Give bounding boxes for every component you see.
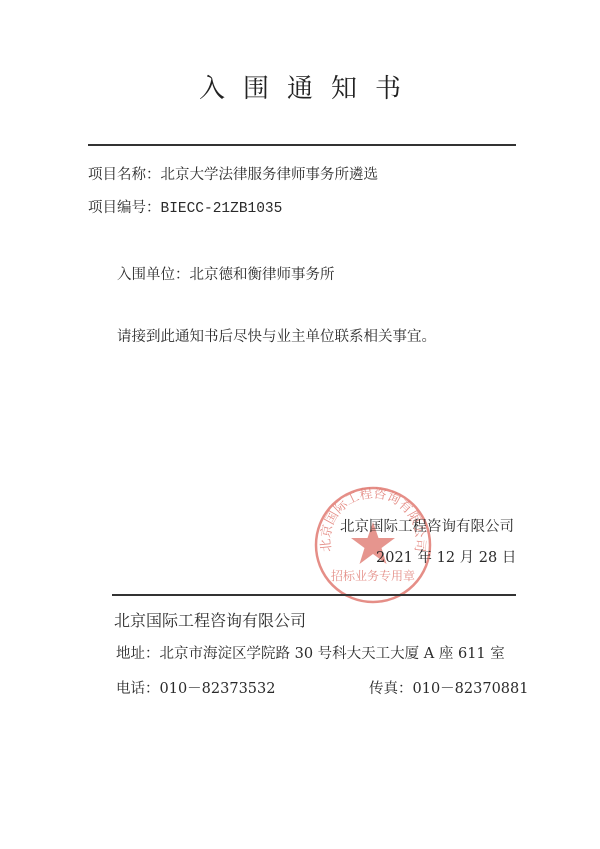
top-divider — [88, 144, 516, 146]
svg-text:招标业务专用章: 招标业务专用章 — [331, 568, 415, 583]
phone: 010－82373532 — [160, 681, 276, 697]
bottom-divider — [112, 594, 516, 596]
project-number-label: 项目编号： — [88, 200, 161, 216]
footer-address-row: 地址：北京市海淀区学院路 30 号科大天工大厦 A 座 611 室 — [116, 642, 505, 663]
footer-fax-row: 传真：010－82370881 — [369, 677, 528, 698]
phone-label: 电话： — [116, 681, 160, 697]
official-seal-icon: 北京国际工程咨询有限公司 招标业务专用章 — [312, 484, 434, 606]
issue-date: 2021 年 12 月 28 日 — [376, 546, 516, 567]
winner-name: 北京德和衡律师事务所 — [190, 267, 335, 283]
project-name-label: 项目名称： — [88, 167, 161, 183]
instruction-text: 请接到此通知书后尽快与业主单位联系相关事宜。 — [117, 325, 436, 346]
project-name: 北京大学法律服务律师事务所遴选 — [161, 167, 379, 183]
project-number-row: 项目编号：BIECC-21ZB1035 — [88, 196, 282, 217]
address-label: 地址： — [116, 646, 160, 662]
winner-row: 入围单位：北京德和衡律师事务所 — [117, 263, 335, 284]
fax: 010－82370881 — [413, 681, 529, 697]
project-name-row: 项目名称：北京大学法律服务律师事务所遴选 — [88, 163, 378, 184]
footer-company: 北京国际工程咨询有限公司 — [114, 608, 306, 631]
fax-label: 传真： — [369, 681, 413, 697]
footer-phone-row: 电话：010－82373532 — [116, 677, 275, 698]
project-number: BIECC-21ZB1035 — [161, 201, 283, 217]
issuer-name: 北京国际工程咨询有限公司 — [340, 515, 514, 536]
address: 北京市海淀区学院路 30 号科大天工大厦 A 座 611 室 — [160, 646, 505, 662]
document-title: 入围通知书 — [0, 68, 600, 105]
winner-label: 入围单位： — [117, 267, 190, 283]
